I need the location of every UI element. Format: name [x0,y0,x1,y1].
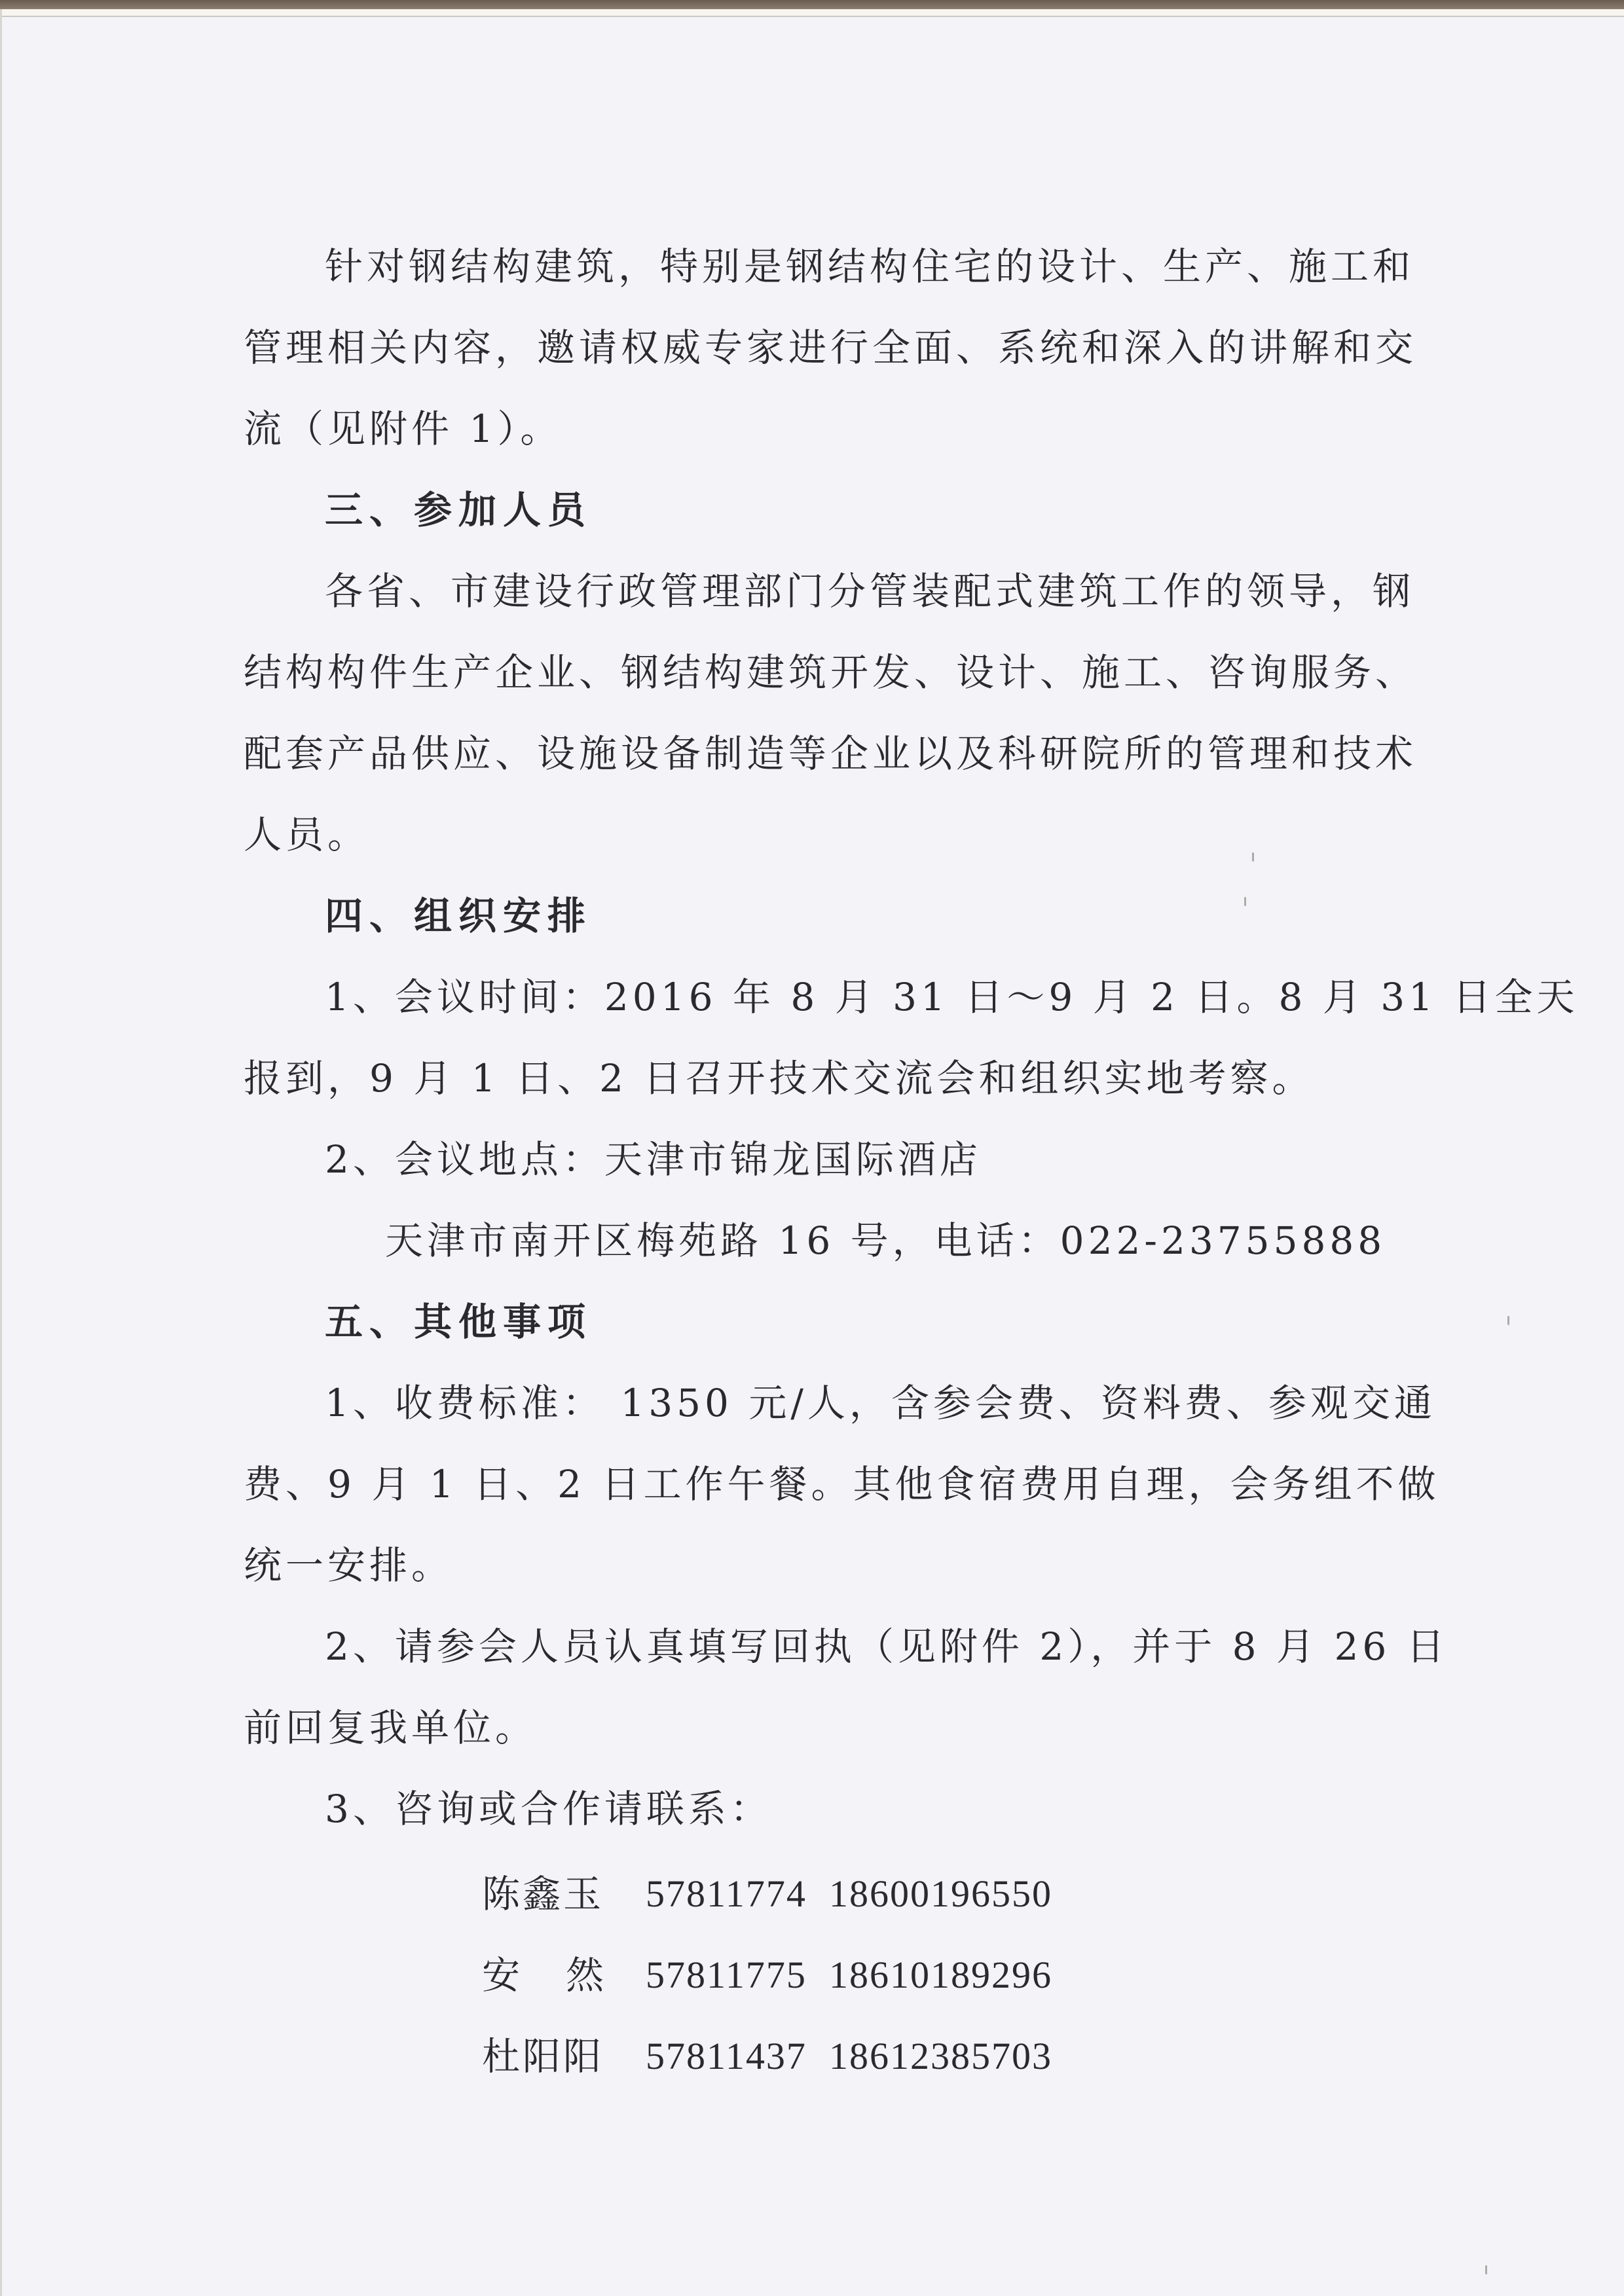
contact-row: 安然 57811775 18610189296 [482,1952,1052,1998]
scan-speck [1507,1316,1509,1325]
contact-mobile-phone: 18612385703 [829,2033,1052,2079]
contact-name: 杜阳阳 [482,2033,646,2079]
reply-line-1: 2、请参会人员认真填写回执（见附件 2），并于 8 月 26 日 [325,1624,1449,1669]
meeting-time-line-1: 1、会议时间：2016 年 8 月 31 日～9 月 2 日。8 月 31 日全… [325,974,1579,1020]
contact-office-phone: 57811774 [646,1871,829,1917]
participants-line-4: 人员。 [244,812,369,858]
contact-mobile-phone: 18610189296 [829,1952,1052,1998]
participants-line-1: 各省、市建设行政管理部门分管装配式建筑工作的领导，钢 [325,568,1414,614]
section-heading-other: 五、其他事项 [325,1299,592,1345]
participants-line-3: 配套产品供应、设施设备制造等企业以及科研院所的管理和技术 [244,731,1417,776]
contact-name: 安然 [482,1952,646,1998]
section-heading-arrangements: 四、组织安排 [325,893,592,939]
contact-name: 陈鑫玉 [482,1871,646,1917]
contact-mobile-phone: 18600196550 [829,1871,1052,1917]
contact-row: 陈鑫玉 57811774 18600196550 [482,1871,1052,1917]
contact-office-phone: 57811775 [646,1952,829,1998]
contact-office-phone: 57811437 [646,2033,829,2079]
fee-line-3: 统一安排。 [244,1542,453,1588]
fee-line-1: 1、收费标准： 1350 元/人，含参会费、资料费、参观交通 [325,1380,1436,1426]
intro-line-1: 针对钢结构建筑，特别是钢结构住宅的设计、生产、施工和 [325,244,1414,289]
intro-line-2: 管理相关内容，邀请权威专家进行全面、系统和深入的讲解和交 [244,325,1417,371]
fee-line-2: 费、9 月 1 日、2 日工作午餐。其他食宿费用自理，会务组不做 [244,1461,1439,1507]
contact-row: 杜阳阳 57811437 18612385703 [482,2033,1052,2079]
participants-line-2: 结构构件生产企业、钢结构建筑开发、设计、施工、咨询服务、 [244,649,1417,695]
document-page: 针对钢结构建筑，特别是钢结构住宅的设计、生产、施工和 管理相关内容，邀请权威专家… [0,0,1624,2296]
scan-speck [1244,897,1246,906]
scan-speck [1252,852,1254,862]
contact-intro: 3、咨询或合作请联系： [325,1786,772,1832]
scan-speck [1485,2265,1487,2274]
section-heading-participants: 三、参加人员 [325,487,592,533]
venue-address: 天津市南开区梅苑路 16 号，电话：022-23755888 [385,1218,1386,1264]
reply-line-2: 前回复我单位。 [244,1705,537,1751]
meeting-time-line-2: 报到，9 月 1 日、2 日召开技术交流会和组织实地考察。 [244,1055,1314,1101]
intro-line-3: 流（见附件 1）。 [244,406,562,452]
meeting-venue: 2、会议地点：天津市锦龙国际酒店 [325,1137,982,1182]
